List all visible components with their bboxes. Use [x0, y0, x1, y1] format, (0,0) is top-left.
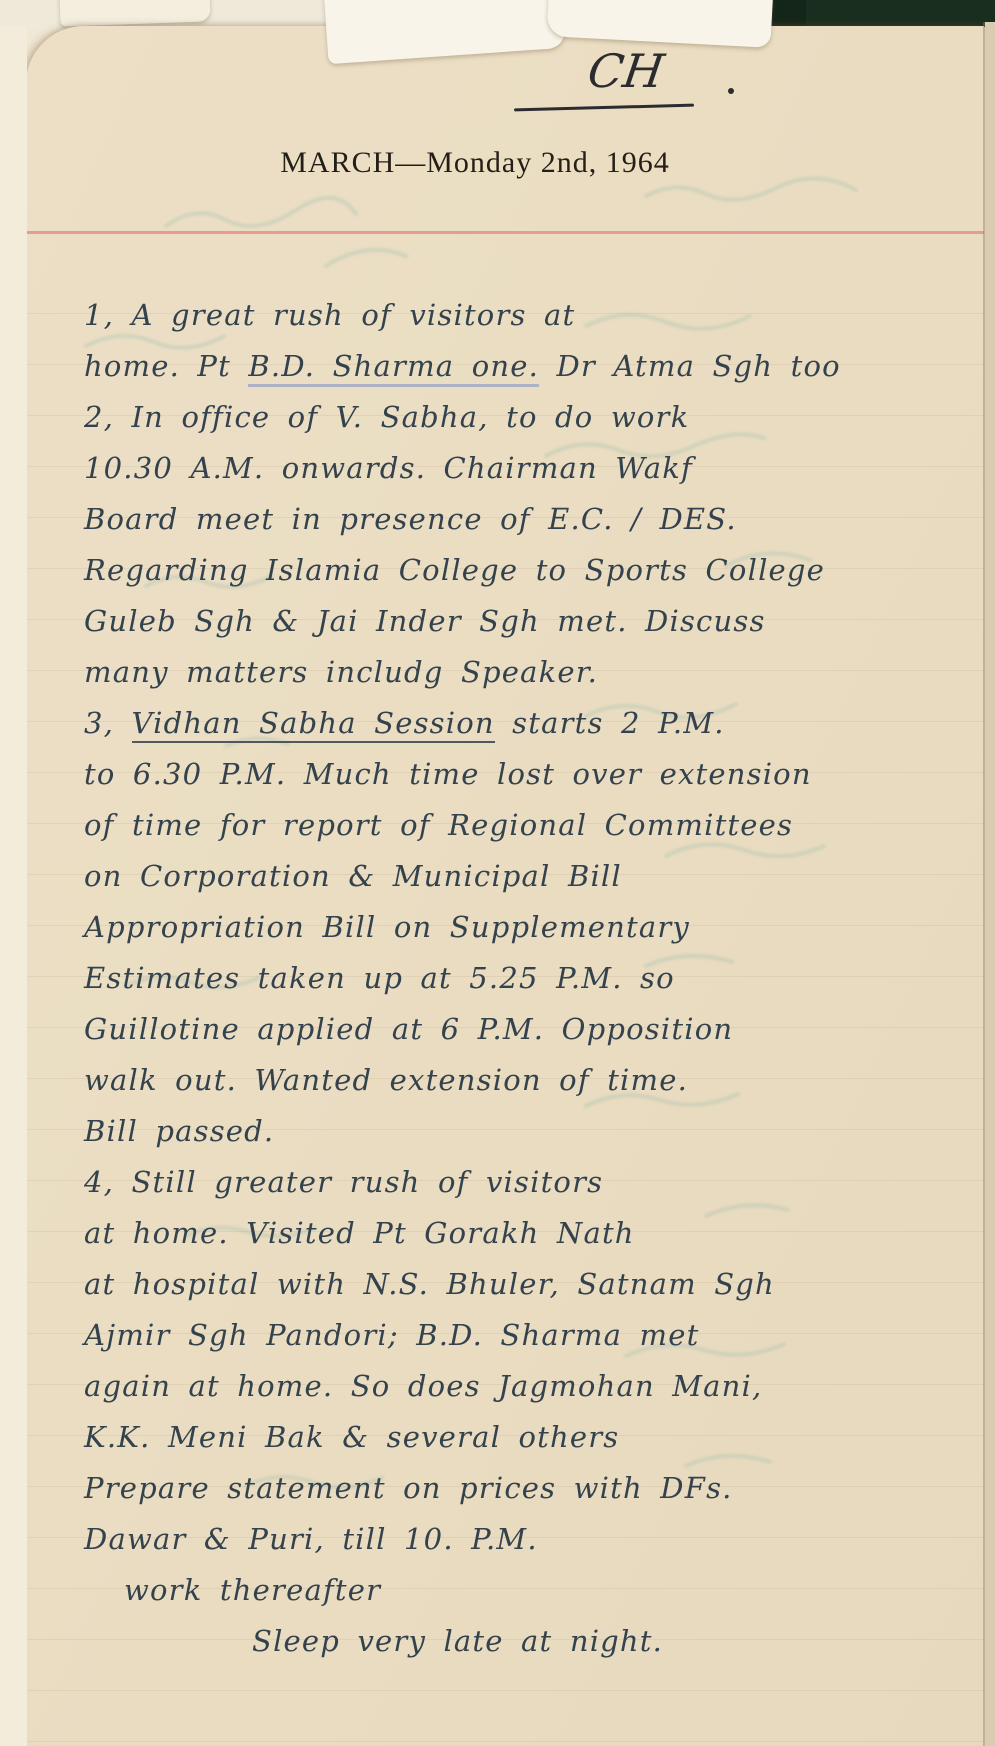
manuscript-line: walk out. Wanted extension of time.: [26, 1055, 984, 1106]
manuscript-line: Guillotine applied at 6 P.M. Opposition: [26, 1004, 984, 1055]
pink-heading-rule: [26, 231, 984, 234]
diary-page: CH MARCH—Monday 2nd, 1964 1, A great rus…: [26, 26, 984, 1746]
manuscript-line: at home. Visited Pt Gorakh Nath: [26, 1208, 984, 1259]
manuscript-line: Bill passed.: [26, 1106, 984, 1157]
manuscript-line: 10.30 A.M. onwards. Chairman Wakf: [26, 443, 984, 494]
manuscript-line: work thereafter: [26, 1565, 984, 1616]
manuscript-text: 1, A great rush of visitors athome. Pt B…: [26, 266, 984, 1746]
manuscript-line: Ajmir Sgh Pandori; B.D. Sharma met: [26, 1310, 984, 1361]
manuscript-line: 1, A great rush of visitors at: [26, 290, 984, 341]
manuscript-line: Guleb Sgh & Jai Inder Sgh met. Discuss: [26, 596, 984, 647]
monogram-period-dot: [728, 88, 734, 94]
manuscript-line: 3, Vidhan Sabha Session starts 2 P.M.: [26, 698, 984, 749]
page-right-edge: [985, 22, 995, 1746]
manuscript-line: home. Pt B.D. Sharma one. Dr Atma Sgh to…: [26, 341, 984, 392]
manuscript-line: Dawar & Puri, till 10. P.M.: [26, 1514, 984, 1565]
manuscript-line: Estimates taken up at 5.25 P.M. so: [26, 953, 984, 1004]
manuscript-line: Prepare statement on prices with DFs.: [26, 1463, 984, 1514]
manuscript-line: Board meet in presence of E.C. / DES.: [26, 494, 984, 545]
manuscript-line: 4, Still greater rush of visitors: [26, 1157, 984, 1208]
manuscript-line: Regarding Islamia College to Sports Coll…: [26, 545, 984, 596]
manuscript-line: to 6.30 P.M. Much time lost over extensi…: [26, 749, 984, 800]
manuscript-line: 2, In office of V. Sabha, to do work: [26, 392, 984, 443]
manuscript-line: K.K. Meni Bak & several others: [26, 1412, 984, 1463]
monogram-initials: CH: [522, 44, 730, 98]
manuscript-line: many matters includg Speaker.: [26, 647, 984, 698]
manuscript-line: of time for report of Regional Committee…: [26, 800, 984, 851]
manuscript-line: Sleep very late at night.: [26, 1616, 984, 1667]
printed-date-header: MARCH—Monday 2nd, 1964: [26, 146, 924, 180]
monogram-underline: [514, 104, 694, 112]
manuscript-line: again at home. So does Jagmohan Mani,: [26, 1361, 984, 1412]
manuscript-line: on Corporation & Municipal Bill: [26, 851, 984, 902]
manuscript-line: Appropriation Bill on Supplementary: [26, 902, 984, 953]
under-page-edge: [0, 26, 27, 1746]
manuscript-line: at hospital with N.S. Bhuler, Satnam Sgh: [26, 1259, 984, 1310]
